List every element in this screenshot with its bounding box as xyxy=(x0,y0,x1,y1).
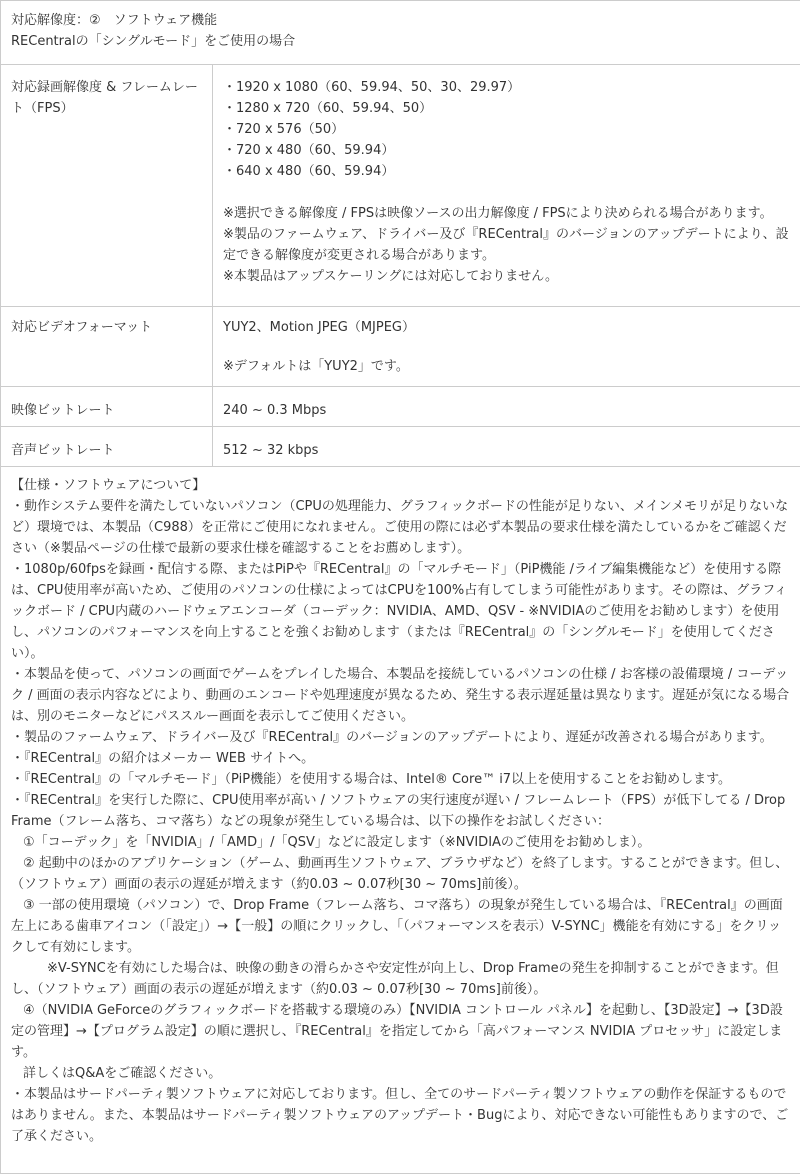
spec-table: 対応解像度：② ソフトウェア機能 RECentralの「シングルモード」をご使用… xyxy=(0,0,800,1174)
notes-section: 【仕様・ソフトウェアについて】 ・動作システム要件を満たしていないパソコン（CP… xyxy=(1,467,800,1174)
notes-heading: 【仕様・ソフトウェアについて】 xyxy=(11,475,790,496)
recentral-link-note: ・『RECentral』の紹介はメーカー WEB サイトへ。 xyxy=(11,748,790,769)
qa-link-note: 詳しくはQ&Aをご確認ください。 xyxy=(11,1063,790,1084)
title-row: 対応解像度：② ソフトウェア機能 RECentralの「シングルモード」をご使用… xyxy=(1,1,800,65)
troubleshoot-step-4: ④（NVIDIA GeForceのグラフィックボードを搭載する環境のみ）【NVI… xyxy=(11,1000,790,1063)
table-row-audio-bitrate: 音声ビットレート 512 ~ 32 kbps xyxy=(1,427,800,467)
video-format-note: ※デフォルトは「YUY2」です。 xyxy=(223,356,790,377)
note-paragraph: ・本製品を使って、パソコンの画面でゲームをプレイした場合、本製品を接続しているパ… xyxy=(11,664,790,727)
note-paragraph: ・『RECentral』の「マルチモード」（PiP機能）を使用する場合は、Int… xyxy=(11,769,790,790)
note-paragraph: ・『RECentral』を実行した際に、CPU使用率が高い / ソフトウェアの実… xyxy=(11,790,790,832)
title-line-1: 対応解像度：② ソフトウェア機能 xyxy=(11,10,790,31)
fps-note: ※選択できる解像度 / FPSは映像ソースの出力解像度 / FPSにより決められ… xyxy=(223,203,790,224)
table-row-video-format: 対応ビデオフォーマット YUY2、Motion JPEG（MJPEG） ※デフォ… xyxy=(1,307,800,387)
row-label-video-format: 対応ビデオフォーマット xyxy=(1,307,213,387)
video-format-value: YUY2、Motion JPEG（MJPEG） xyxy=(223,317,790,338)
row-value-fps: ・1920 x 1080（60、59.94、50、30、29.97） ・1280… xyxy=(213,65,800,307)
resolution-item: ・720 x 576（50） xyxy=(223,119,790,140)
fps-note: ※製品のファームウェア、ドライバー及び『RECentral』のバージョンのアップ… xyxy=(223,224,790,266)
resolution-item: ・1280 x 720（60、59.94、50） xyxy=(223,98,790,119)
third-party-note: ・本製品はサードパーティ製ソフトウェアに対応しております。但し、全てのサードパー… xyxy=(11,1084,790,1147)
row-value-video-bitrate: 240 ~ 0.3 Mbps xyxy=(213,387,800,427)
row-value-audio-bitrate: 512 ~ 32 kbps xyxy=(213,427,800,467)
row-label-audio-bitrate: 音声ビットレート xyxy=(1,427,213,467)
row-label-video-bitrate: 映像ビットレート xyxy=(1,387,213,427)
table-title: 対応解像度：② ソフトウェア機能 RECentralの「シングルモード」をご使用… xyxy=(1,1,800,65)
fps-note: ※本製品はアップスケーリングには対応しておりません。 xyxy=(223,266,790,287)
resolution-item: ・640 x 480（60、59.94） xyxy=(223,161,790,182)
row-value-video-format: YUY2、Motion JPEG（MJPEG） ※デフォルトは「YUY2」です。 xyxy=(213,307,800,387)
notes-row: 【仕様・ソフトウェアについて】 ・動作システム要件を満たしていないパソコン（CP… xyxy=(1,467,800,1174)
resolution-item: ・1920 x 1080（60、59.94、50、30、29.97） xyxy=(223,77,790,98)
resolution-item: ・720 x 480（60、59.94） xyxy=(223,140,790,161)
troubleshoot-step-3: ③ 一部の使用環境（パソコン）で、Drop Frame（フレーム落ち、コマ落ち）… xyxy=(11,895,790,958)
note-paragraph: ・動作システム要件を満たしていないパソコン（CPUの処理能力、グラフィックボード… xyxy=(11,496,790,559)
table-row-fps: 対応録画解像度 & フレームレート（FPS） ・1920 x 1080（60、5… xyxy=(1,65,800,307)
table-row-video-bitrate: 映像ビットレート 240 ~ 0.3 Mbps xyxy=(1,387,800,427)
note-paragraph: ・製品のファームウェア、ドライバー及び『RECentral』のバージョンのアップ… xyxy=(11,727,790,748)
troubleshoot-step-2: ② 起動中のほかのアプリケーション（ゲーム、動画再生ソフトウェア、ブラウザなど）… xyxy=(11,853,790,895)
row-label-fps: 対応録画解像度 & フレームレート（FPS） xyxy=(1,65,213,307)
note-paragraph: ・1080p/60fpsを録画・配信する際、またはPiPや『RECentral』… xyxy=(11,559,790,664)
troubleshoot-step-1: ①「コーデック」を「NVIDIA」/「AMD」/「QSV」などに設定します（※N… xyxy=(11,832,790,853)
title-line-2: RECentralの「シングルモード」をご使用の場合 xyxy=(11,31,790,52)
vsync-note: ※V-SYNCを有効にした場合は、映像の動きの滑らかさや安定性が向上し、Drop… xyxy=(11,958,790,1000)
